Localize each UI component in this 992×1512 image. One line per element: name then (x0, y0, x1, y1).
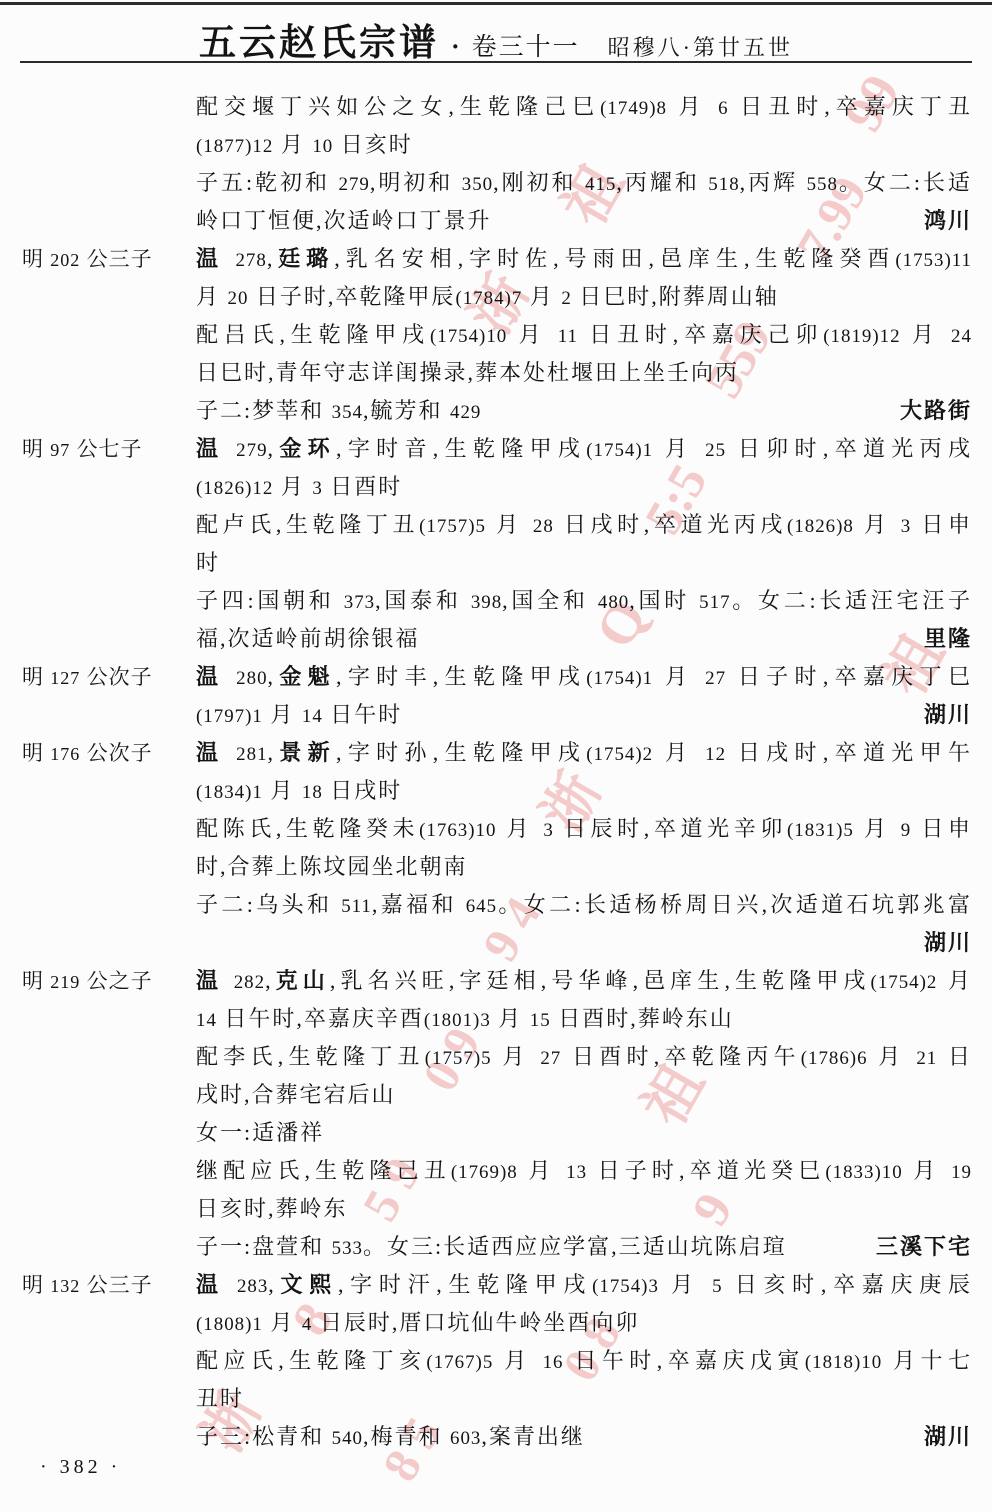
entry-line: 配应氏,生乾隆丁亥(1767)5 月 16 日午时,卒嘉庆戊寅(1818)10 … (196, 1342, 972, 1380)
entry: 明 132 公三子温 283,文熙,字时汗,生乾隆甲戌(1754)3 月 5 日… (196, 1266, 972, 1456)
entry-label: 明 219 公之子 (22, 962, 192, 1000)
line-text: 继配应氏,生乾隆己丑(1769)8 月 13 日子时,卒道光癸巳(1833)10… (196, 1158, 972, 1183)
entry-label: 明 176 公次子 (22, 734, 192, 772)
entry: 配交堰丁兴如公之女,生乾隆己巳(1749)8 月 6 日丑时,卒嘉庆丁丑(187… (196, 88, 972, 240)
entry-line: (1834)1 月 18 日戌时 (196, 772, 972, 810)
line-text: 丑时 (196, 1386, 244, 1411)
line-text: 福,次适岭前胡徐银福 (196, 620, 420, 658)
entry-line: 子五:乾初和 279,明初和 350,刚初和 415,丙耀和 518,丙辉 55… (196, 164, 972, 202)
line-text: 温 280,金魁,字时丰,生乾隆甲戌(1754)1 月 27 日子时,卒嘉庆丁巳 (196, 664, 972, 689)
line-text: 戌时,合葬宅宕后山 (196, 1082, 396, 1107)
entry-line: 配卢氏,生乾隆丁丑(1757)5 月 28 日戌时,卒道光丙戌(1826)8 月… (196, 506, 972, 544)
line-text: 子二:梦莘和 354,毓芳和 429 (196, 392, 481, 432)
volume-title: 卷三十一 (472, 27, 580, 63)
entry: 明 202 公三子温 278,廷璐,乳名安相,字时佐,号雨田,邑庠生,生乾隆癸酉… (196, 240, 972, 430)
place-name: 湖川 (924, 1418, 972, 1456)
entry-label: 明 127 公次子 (22, 658, 192, 696)
line-text: 时 (196, 550, 220, 575)
line-text: 配卢氏,生乾隆丁丑(1757)5 月 28 日戌时,卒道光丙戌(1826)8 月… (196, 512, 972, 537)
line-text: 岭口丁恒便,次适岭口丁景升 (196, 202, 492, 240)
line-text: 14 日午时,卒嘉庆辛酉(1801)3 月 15 日酉时,葬岭东山 (196, 1006, 734, 1031)
entry-line: 温 282,克山,乳名兴旺,字廷相,号华峰,邑庠生,生乾隆甲戌(1754)2 月 (196, 962, 972, 1000)
entry-line: 配交堰丁兴如公之女,生乾隆己巳(1749)8 月 6 日丑时,卒嘉庆丁丑 (196, 88, 972, 126)
line-text: 温 278,廷璐,乳名安相,字时佐,号雨田,邑庠生,生乾隆癸酉(1753)11 (196, 246, 972, 271)
entry-line: 继配应氏,生乾隆己丑(1769)8 月 13 日子时,卒道光癸巳(1833)10… (196, 1152, 972, 1190)
place-name: 湖川 (924, 924, 972, 962)
place-name: 里隆 (924, 620, 972, 658)
line-text: 月 20 日子时,卒乾隆甲辰(1784)7 月 2 日巳时,附葬周山轴 (196, 284, 779, 309)
line-text: 女一:适潘祥 (196, 1120, 324, 1145)
top-rule (0, 2, 992, 5)
genealogy-page: 五云赵氏宗谱 · 卷三十一 昭穆八·第廿五世 祖浙997.995595:5Q祖浙… (0, 0, 992, 1512)
line-text: 子三:松青和 540,梅青和 603,案青出继 (196, 1418, 585, 1458)
line-text: 配李氏,生乾隆丁丑(1757)5 月 27 日酉时,卒乾隆丙午(1786)6 月… (196, 1044, 972, 1069)
line-text: 子一:盘萱和 533。女三:长适西应应学富,三适山坑陈启瑄 (196, 1228, 787, 1268)
entry: 明 219 公之子温 282,克山,乳名兴旺,字廷相,号华峰,邑庠生,生乾隆甲戌… (196, 962, 972, 1266)
entry-line: 福,次适岭前胡徐银福里隆 (196, 620, 972, 658)
line-text: (1826)12 月 3 日酉时 (196, 474, 402, 499)
entry-line: 月 20 日子时,卒乾隆甲辰(1784)7 月 2 日巳时,附葬周山轴 (196, 278, 972, 316)
entry-line: 子一:盘萱和 533。女三:长适西应应学富,三适山坑陈启瑄三溪下宅 (196, 1228, 972, 1266)
place-name: 大路街 (900, 392, 972, 430)
entry: 明 97 公七子温 279,金环,字时音,生乾隆甲戌(1754)1 月 25 日… (196, 430, 972, 658)
entry-label: 明 97 公七子 (22, 430, 192, 468)
book-title: 五云赵氏宗谱 (199, 12, 439, 66)
line-text: 配吕氏,生乾隆甲戌(1754)10 月 11 日丑时,卒嘉庆己卯(1819)12… (196, 322, 972, 347)
entry: 明 176 公次子温 281,景新,字时孙,生乾隆甲戌(1754)2 月 12 … (196, 734, 972, 962)
entry-line: 温 279,金环,字时音,生乾隆甲戌(1754)1 月 25 日卯时,卒道光丙戌 (196, 430, 972, 468)
page-header: 五云赵氏宗谱 · 卷三十一 昭穆八·第廿五世 (0, 12, 992, 58)
entry-line: 14 日午时,卒嘉庆辛酉(1801)3 月 15 日酉时,葬岭东山 (196, 1000, 972, 1038)
line-text: (1797)1 月 14 日午时 (196, 696, 402, 736)
place-name: 湖川 (924, 696, 972, 734)
line-text: 配陈氏,生乾隆癸未(1763)10 月 3 日辰时,卒道光辛卯(1831)5 月… (196, 816, 972, 841)
entry-line: (1808)1 月 4 日辰时,厝口坑仙牛岭坐酉向卯 (196, 1304, 972, 1342)
entry-line: 子四:国朝和 373,国泰和 398,国全和 480,国时 517。女二:长适汪… (196, 582, 972, 620)
entry-line: 子二:乌头和 511,嘉福和 645。女二:长适杨桥周日兴,次适道石坑郭兆富 (196, 886, 972, 924)
entry-line: 湖川 (196, 924, 972, 962)
line-text: (1808)1 月 4 日辰时,厝口坑仙牛岭坐酉向卯 (196, 1310, 639, 1335)
genealogy-entries: 配交堰丁兴如公之女,生乾隆己巳(1749)8 月 6 日丑时,卒嘉庆丁丑(187… (196, 88, 972, 1456)
entry-line: 温 278,廷璐,乳名安相,字时佐,号雨田,邑庠生,生乾隆癸酉(1753)11 (196, 240, 972, 278)
entry-line: 配李氏,生乾隆丁丑(1757)5 月 27 日酉时,卒乾隆丙午(1786)6 月… (196, 1038, 972, 1076)
place-name: 鸿川 (924, 202, 972, 240)
entry-line: 温 281,景新,字时孙,生乾隆甲戌(1754)2 月 12 日戌时,卒道光甲午 (196, 734, 972, 772)
line-text: 配交堰丁兴如公之女,生乾隆己巳(1749)8 月 6 日丑时,卒嘉庆丁丑 (196, 94, 972, 119)
page-footer: · 382 · (40, 1452, 121, 1482)
entry-line: 戌时,合葬宅宕后山 (196, 1076, 972, 1114)
line-text: 时,合葬上陈坟园坐北朝南 (196, 854, 468, 879)
entry-label: 明 202 公三子 (22, 240, 192, 278)
line-text: 温 283,文熙,字时汗,生乾隆甲戌(1754)3 月 5 日亥时,卒嘉庆庚辰 (196, 1272, 972, 1297)
entry-line: 配吕氏,生乾隆甲戌(1754)10 月 11 日丑时,卒嘉庆己卯(1819)12… (196, 316, 972, 354)
entry-line: 时,合葬上陈坟园坐北朝南 (196, 848, 972, 886)
entry-label: 明 132 公三子 (22, 1266, 192, 1304)
section-title: 昭穆八·第廿五世 (608, 31, 793, 62)
line-text: (1834)1 月 18 日戌时 (196, 778, 402, 803)
entry-line: 女一:适潘祥 (196, 1114, 972, 1152)
entry-line: 日亥时,葬岭东 (196, 1190, 972, 1228)
line-text: 日亥时,葬岭东 (196, 1196, 348, 1221)
entry-line: 丑时 (196, 1380, 972, 1418)
entry-line: (1877)12 月 10 日亥时 (196, 126, 972, 164)
line-text: 温 279,金环,字时音,生乾隆甲戌(1754)1 月 25 日卯时,卒道光丙戌 (196, 436, 972, 461)
line-text: 温 281,景新,字时孙,生乾隆甲戌(1754)2 月 12 日戌时,卒道光甲午 (196, 740, 972, 765)
entry-line: 子二:梦莘和 354,毓芳和 429大路街 (196, 392, 972, 430)
line-text: (1877)12 月 10 日亥时 (196, 132, 413, 157)
line-text: 温 282,克山,乳名兴旺,字廷相,号华峰,邑庠生,生乾隆甲戌(1754)2 月 (196, 968, 972, 993)
entry-line: 温 283,文熙,字时汗,生乾隆甲戌(1754)3 月 5 日亥时,卒嘉庆庚辰 (196, 1266, 972, 1304)
entry-line: 日巳时,青年守志详闺操录,葬本处杜堰田上坐壬向丙 (196, 354, 972, 392)
place-name: 三溪下宅 (876, 1228, 972, 1266)
line-text: 子四:国朝和 373,国泰和 398,国全和 480,国时 517。女二:长适汪… (196, 588, 972, 613)
entry-line: 时 (196, 544, 972, 582)
entry-line: (1797)1 月 14 日午时湖川 (196, 696, 972, 734)
entry-line: 子三:松青和 540,梅青和 603,案青出继湖川 (196, 1418, 972, 1456)
title-separator: · (451, 32, 460, 62)
entry: 明 127 公次子温 280,金魁,字时丰,生乾隆甲戌(1754)1 月 27 … (196, 658, 972, 734)
entry-line: 配陈氏,生乾隆癸未(1763)10 月 3 日辰时,卒道光辛卯(1831)5 月… (196, 810, 972, 848)
line-text: 子二:乌头和 511,嘉福和 645。女二:长适杨桥周日兴,次适道石坑郭兆富 (196, 892, 972, 917)
line-text: 配应氏,生乾隆丁亥(1767)5 月 16 日午时,卒嘉庆戊寅(1818)10 … (196, 1348, 972, 1373)
entry-line: 温 280,金魁,字时丰,生乾隆甲戌(1754)1 月 27 日子时,卒嘉庆丁巳 (196, 658, 972, 696)
page-number: · 382 · (40, 1456, 121, 1478)
header-rule (20, 61, 972, 63)
entry-line: 岭口丁恒便,次适岭口丁景升鸿川 (196, 202, 972, 240)
entry-line: (1826)12 月 3 日酉时 (196, 468, 972, 506)
line-text: 子五:乾初和 279,明初和 350,刚初和 415,丙耀和 518,丙辉 55… (196, 170, 972, 195)
line-text: 日巳时,青年守志详闺操录,葬本处杜堰田上坐壬向丙 (196, 360, 739, 385)
